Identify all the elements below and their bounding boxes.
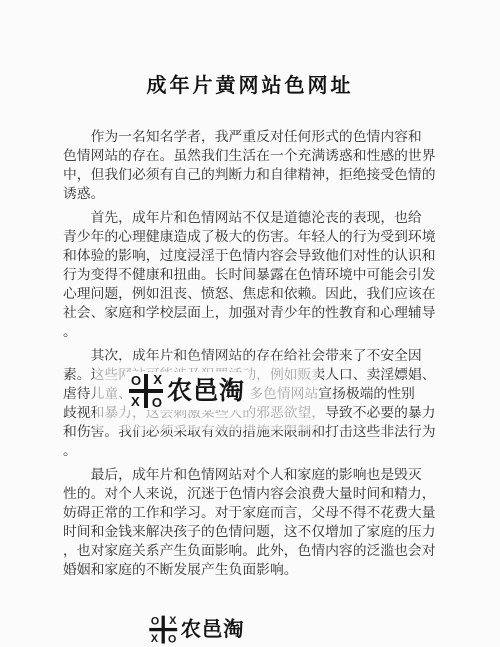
text-line: 婚姻和家庭的不断发展产生负面影响。	[63, 561, 437, 580]
text-line: 和体验的影响，过度浸淫于色情内容会导致他们对性的认识和	[63, 247, 437, 266]
watermark-logo-icon: O X X O	[129, 374, 163, 408]
paragraph: 其次，成年片和色情网站的存在给社会带来了不安全因素。这些网站可能涉及犯罪活动，例…	[63, 347, 437, 461]
logo-cross-vertical	[162, 616, 165, 644]
watermark-brand-text: 农邑淘	[180, 617, 244, 642]
page-title: 成年片黄网站色网址	[0, 72, 500, 98]
text-line: 时间和金钱来解决孩子的色情问题，这不仅增加了家庭的压力	[63, 523, 437, 542]
watermark-bottom: O X X O 农邑淘	[146, 614, 248, 645]
text-line: 素。这些网站可能涉及犯罪活动，例如贩卖人口、卖淫嫖娼、	[63, 366, 437, 385]
text-line: 其次，成年片和色情网站的存在给社会带来了不安全因	[63, 347, 437, 366]
logo-quadrant-letter: O	[131, 374, 141, 387]
logo-quadrant-letter: X	[153, 373, 162, 386]
text-line: 心理问题，例如沮丧、愤怒、焦虑和依赖。因此，我们应该在	[63, 285, 437, 304]
text-line: 和伤害。我们必须采取有效的措施来限制和打击这些非法行为	[63, 423, 437, 442]
paragraph: 首先，成年片和色情网站不仅是道德沦丧的表现，也给青少年的心理健康造成了极大的伤害…	[63, 209, 437, 342]
logo-quadrant-letter: O	[151, 616, 159, 627]
text-line: 。	[63, 442, 437, 461]
text-line: 。	[63, 323, 437, 342]
document-page: 成年片黄网站色网址 作为一名知名学者，我严重反对任何形式的色情内容和色情网站的存…	[0, 0, 500, 647]
text-line: 青少年的心理健康造成了极大的伤害。年轻人的行为受到环境	[63, 228, 437, 247]
logo-quadrant-letter: X	[151, 633, 158, 644]
watermark-brand-text: 农邑淘	[167, 376, 245, 406]
logo-quadrant-letter: O	[168, 634, 176, 645]
text-line: ，也对家庭关系产生负面影响。此外，色情内容的泛滥也会对	[63, 542, 437, 561]
text-line: 中，但我们必须有自己的判断力和自律精神，拒绝接受色情的	[63, 166, 437, 185]
text-line: 社会、家庭和学校层面上，加强对青少年的性教育和心理辅导	[63, 304, 437, 323]
text-line: 行为变得不健康和扭曲。长时间暴露在色情环境中可能会引发	[63, 266, 437, 285]
watermark-logo-icon: O X X O	[149, 616, 177, 644]
paragraph: 作为一名知名学者，我严重反对任何形式的色情内容和色情网站的存在。虽然我们生活在一…	[63, 128, 437, 204]
watermark-center: O X X O 农邑淘	[125, 372, 249, 410]
logo-quadrant-letter: O	[152, 396, 162, 409]
text-line: 作为一名知名学者，我严重反对任何形式的色情内容和	[63, 128, 437, 147]
text-line: 诱惑。	[63, 185, 437, 204]
text-line: 性的。对个人来说，沉迷于色情内容会浪费大量时间和精力，	[63, 485, 437, 504]
text-line: 歧视和暴力，这会刺激某些人的邪恶欲望，导致不必要的暴力	[63, 404, 437, 423]
text-line: 妨碍正常的工作和学习。对于家庭而言，父母不得不花费大量	[63, 504, 437, 523]
logo-quadrant-letter: X	[169, 615, 176, 626]
text-line: 首先，成年片和色情网站不仅是道德沦丧的表现，也给	[63, 209, 437, 228]
document-body: 作为一名知名学者，我严重反对任何形式的色情内容和色情网站的存在。虽然我们生活在一…	[0, 128, 500, 580]
logo-quadrant-letter: X	[131, 395, 140, 408]
text-line: 色情网站的存在。虽然我们生活在一个充满诱惑和性感的世界	[63, 147, 437, 166]
logo-cross-vertical	[144, 374, 148, 408]
paragraph: 最后，成年片和色情网站对个人和家庭的影响也是毁灭性的。对个人来说，沉迷于色情内容…	[63, 466, 437, 580]
text-line: 最后，成年片和色情网站对个人和家庭的影响也是毁灭	[63, 466, 437, 485]
text-line: 虐待儿童、 等。许多色情网站宣扬极端的性别	[63, 385, 437, 404]
